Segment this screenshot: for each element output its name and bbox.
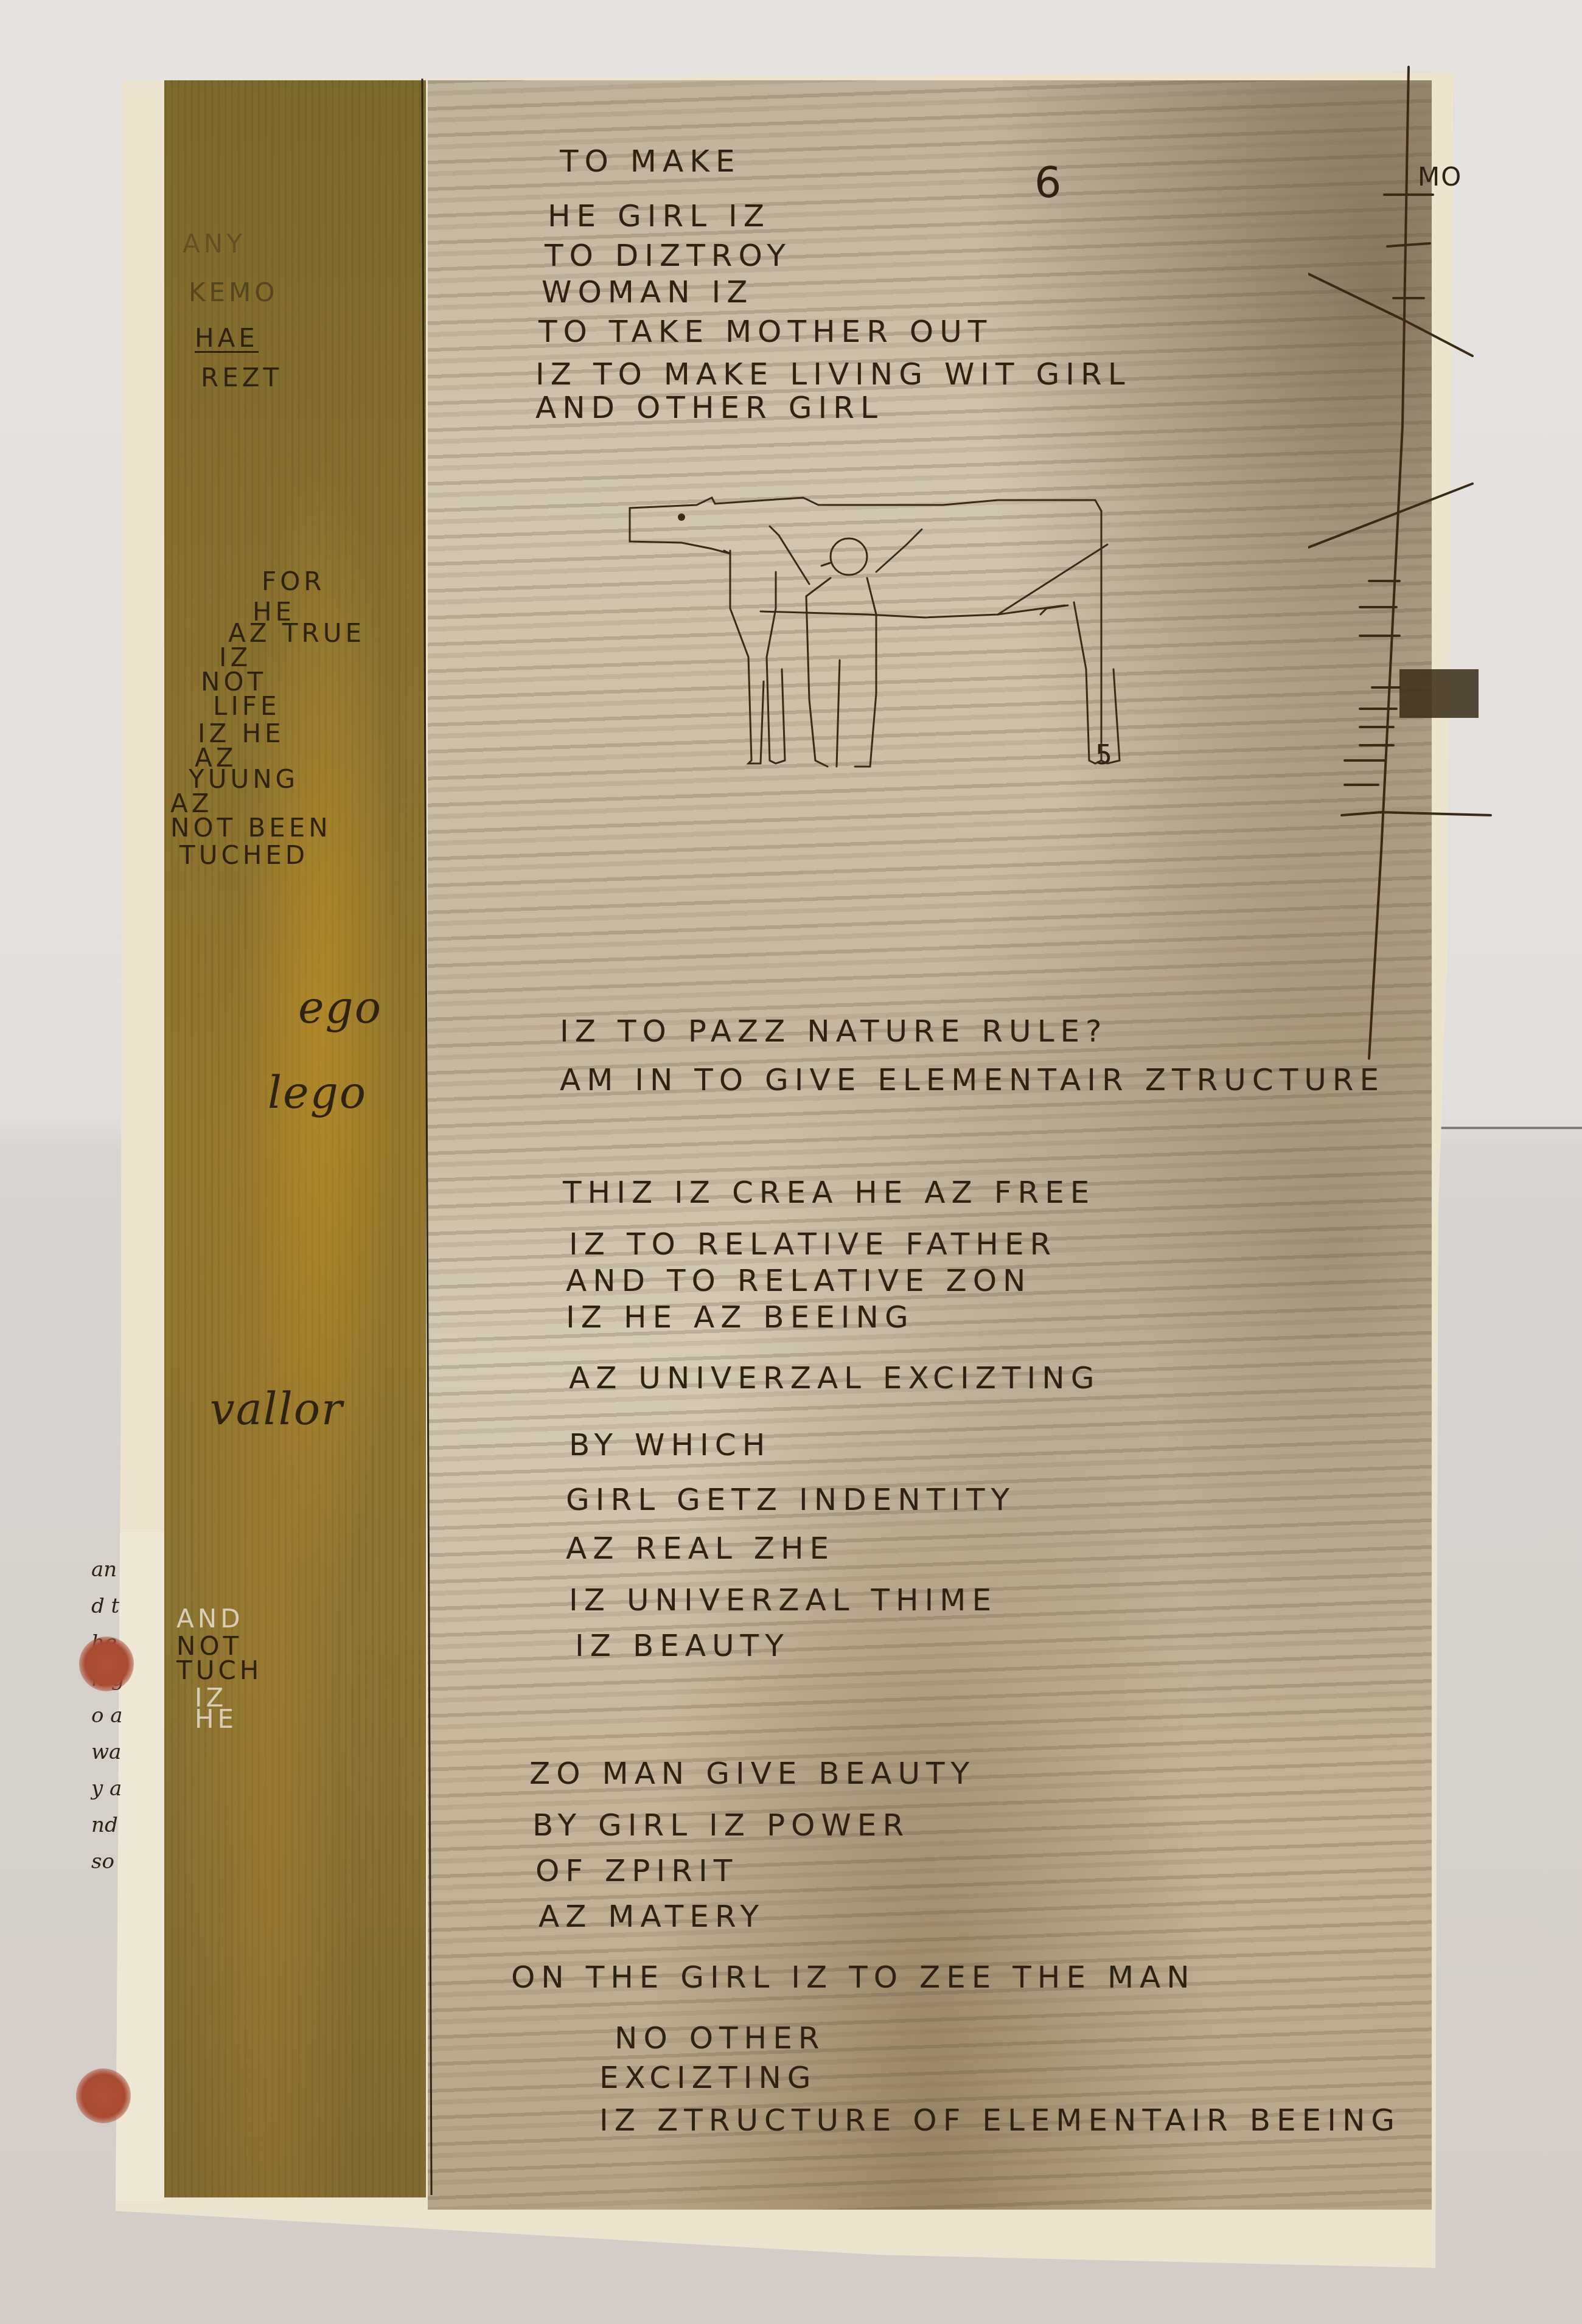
stanza-1-line: IZ TO MAKE LIVING WIT GIRL <box>535 359 1131 389</box>
stanza-3-line: IZ HE AZ BEEING <box>566 1302 915 1332</box>
stanza-6-line: NO OTHER <box>615 2023 825 2053</box>
stanza-6-line: EXCIZTING <box>599 2062 817 2093</box>
light-text-line: HE <box>195 1706 237 1732</box>
stanza-2-line: IZ TO PAZZ NATURE RULE? <box>560 1016 1108 1046</box>
stanza-2-line: AM IN TO GIVE ELEMENTAIR ZTRUCTURE <box>560 1065 1385 1095</box>
seal-stamp <box>79 1637 134 1691</box>
stanza-3-line: AZ UNIVERZAL EXCIZTING <box>569 1363 1100 1393</box>
stanza-4-line: AZ REAL ZHE <box>566 1533 835 1564</box>
left-panel-line: FOR <box>262 569 325 594</box>
stanza-5-line: AZ MATERY <box>538 1901 765 1932</box>
stanza-4-line: IZ BEAUTY <box>575 1630 790 1661</box>
stanza-5-line: ZO MAN GIVE BEAUTY <box>529 1758 975 1789</box>
stanza-4-line: GIRL GETZ INDENTITY <box>566 1484 1016 1515</box>
wall-seam <box>1424 1127 1582 1129</box>
faint-text-line: ANY <box>183 231 246 257</box>
light-text-line: AND <box>176 1606 244 1632</box>
stanza-5-line: BY GIRL IZ POWER <box>532 1810 910 1840</box>
stanza-1-line: WOMAN IZ <box>542 277 753 307</box>
stanza-3-line: THIZ IZ CREA HE AZ FREE <box>563 1177 1095 1208</box>
stanza-1-line: TO DIZTROY <box>545 240 792 271</box>
stanza-1-line: AND OTHER GIRL <box>535 392 883 423</box>
plate-number: 6 <box>1034 161 1068 204</box>
faint-text-line: KEMO <box>189 280 278 305</box>
stanza-1-line: TO TAKE MOTHER OUT <box>538 316 992 347</box>
stanza-4-line: IZ UNIVERZAL THIME <box>569 1585 997 1615</box>
left-panel-line: NOT BEEN <box>170 815 332 841</box>
script-word: vallor <box>210 1387 343 1431</box>
ochre-panel <box>164 80 426 2197</box>
stanza-1-line: HE GIRL IZ <box>548 201 770 231</box>
script-word: ego <box>298 986 382 1029</box>
ruler-line <box>1308 61 1582 1095</box>
stanza-1-line: TO MAKE <box>560 146 741 176</box>
stanza-4-line: BY WHICH <box>569 1430 771 1460</box>
stanza-3-line: IZ TO RELATIVE FATHER <box>569 1229 1057 1259</box>
stanza-5-line: ON THE GIRL IZ TO ZEE THE MAN <box>511 1962 1196 1992</box>
light-text-line: TUCH <box>176 1658 262 1683</box>
seal-stamp <box>76 2068 131 2123</box>
left-panel-line: TUCHED <box>179 843 308 868</box>
stanza-5-line: OF ZPIRIT <box>535 1856 738 1886</box>
horse-figure-drawing <box>621 487 1260 961</box>
stanza-3-line: AND TO RELATIVE ZON <box>566 1265 1031 1296</box>
stanza-6-line: IZ ZTRUCTURE OF ELEMENTAIR BEEING <box>599 2105 1401 2135</box>
faint-text-line: HAE <box>195 325 259 353</box>
script-word: lego <box>268 1071 367 1115</box>
faint-text-line: REZT <box>201 365 282 391</box>
margin-script: and then go away and so <box>91 1551 128 1880</box>
left-panel-line: LIFE <box>213 694 280 719</box>
